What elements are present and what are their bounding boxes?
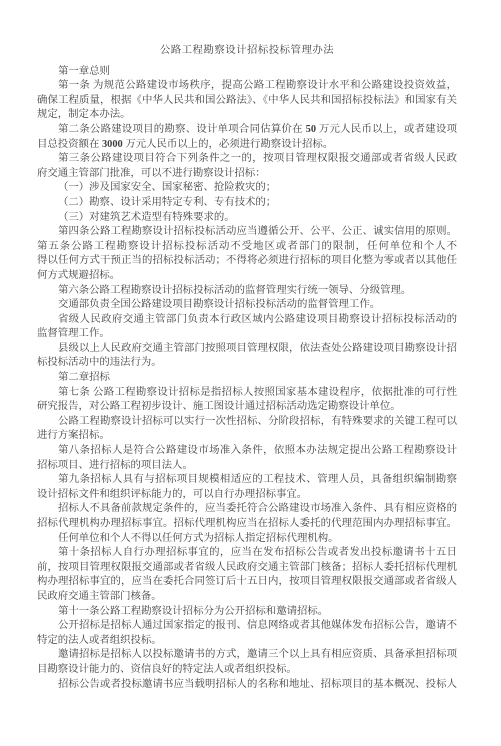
document-line-text: 万元人民币以上的，必须进行勘察设计招标。 [123,139,333,150]
document-line: 第六条公路工程勘察设计招标投标活动的监督管理实行统一领导、分级管理。 [37,284,457,299]
document-line: 构办理招标事宜的，应当在委托合同签订后十五日内，按项目管理权限报交通部或者省级人 [37,575,457,590]
document-line: 特定的法人或者组织投标。 [37,634,457,649]
document-line: 第十一条公路工程勘察设计招标分为公开招标和邀请招标。 [37,605,457,620]
document-line-text: 第五条公路工程勘察设计招标投标活动不受地区或者部门的限制，任何单位和个人不 [37,241,457,252]
document-line-text: 何方式规避招标。 [37,270,120,281]
document-line-text: 前，按项目管理权限报交通部或者省级人民政府交通主管部门核备；招标人委托招标代理机 [37,562,457,573]
document-line-text: 目勘察设计能力的、资信良好的特定法人或者组织投标。 [37,664,297,675]
document-line: 第十条招标人自行办理招标事宜的，应当在发布招标公告或者发出投标邀请书十五日 [37,546,457,561]
document-line: 进行方案招标。 [37,429,457,444]
document-line: 第八条招标人是符合公路建设市场准入条件，依照本办法规定提出公路工程勘察设计 [37,444,457,459]
document-line: （二）勘察、设计采用特定专利、专有技术的； [37,196,457,211]
document-line-text: 确保工程质量，根据《中华人民共和国公路法》、《中华人民共和国招标投标法》和国家有… [37,95,457,106]
document-line: 标投标活动中的违法行为。 [37,356,457,371]
document-body: 第一章总则第一条 为规范公路建设市场秩序，提高公路工程勘察设计水平和公路建设投资… [37,65,457,693]
document-line-text: 邀请招标是招标人以投标邀请书的方式，邀请三个以上具有相应资质、具备承担招标项 [58,649,457,660]
document-line-text: 招标项目、进行招标的项目法人。 [37,460,193,471]
document-line: 交通部负责全国公路建设项目勘察设计招标投标活动的监督管理工作。 [37,298,457,313]
document-line-text: 研究报告，对公路工程初步设计、施工图设计通过招标活动选定勘察设计单位。 [37,401,401,412]
document-line-text: （二）勘察、设计采用特定专利、专有技术的； [58,197,276,208]
document-line-text: 第十条招标人自行办理招标事宜的，应当在发布招标公告或者发出投标邀请书十五日 [58,547,457,558]
document-line-text: （三）对建筑艺术造型有特殊要求的。 [58,212,235,223]
document-line: 府交通主管部门批准，可以不进行勘察设计招标： [37,167,457,182]
document-line: （一）涉及国家安全、国家秘密、抢险救灾的； [37,181,457,196]
document-line-text: 第七条 公路工程勘察设计招标是指招标人按照国家基本建设程序，依据批准的可行性 [58,387,457,398]
document-line: 公路工程勘察设计招标可以实行一次性招标、分阶段招标，有特殊要求的关键工程可以 [37,415,457,430]
document-line-text: 得以任何方式干预正当的招标投标活动；不得将必须进行招标的项目化整为零或者以其他任 [37,255,457,266]
document-line-text: 第二条公路建设项目的勘察、设计单项合同估算价在 [58,124,306,135]
document-line-text: 招标人不具备前款规定条件的，应当委托符合公路建设市场准入条件、具有相应资格的 [58,503,457,514]
document-line-text: 第十一条公路工程勘察设计招标分为公开招标和邀请招标。 [58,606,328,617]
document-line: 招标人不具备前款规定条件的，应当委托符合公路建设市场准入条件、具有相应资格的 [37,502,457,517]
document-line-text: 构办理招标事宜的，应当在委托合同签订后十五日内，按项目管理权限报交通部或者省级人 [37,576,457,587]
document-line: 招标公告或者投标邀请书应当载明招标人的名称和地址、招标项目的基本概况、投标人 [37,678,457,693]
document-line: 公开招标是招标人通过国家指定的报刊、信息网络或者其他媒体发布招标公告，邀请不 [37,619,457,634]
document-line-text: 民政府交通主管部门核备。 [37,591,162,602]
document-line: 监督管理工作。 [37,327,457,342]
document-line: 民政府交通主管部门核备。 [37,590,457,605]
document-line-text: 县级以上人民政府交通主管部门按照项目管理权限，依法查处公路建设项目勘察设计招 [58,343,457,354]
document-line: 省级人民政府交通主管部门负责本行政区域内公路建设项目勘察设计招标投标活动的 [37,313,457,328]
document-line-text: 目总投资额在 [37,139,102,150]
document-title: 公路工程勘察设计招标投标管理办法 [37,44,457,59]
document-line: 第九条招标人具有与招标项目规模相适应的工程技术、管理人员，具备组织编制勘察 [37,473,457,488]
document-line-text: 第四条公路工程勘察设计招标投标活动应当遵循公开、公平、公正、诚实信用的原则。 [58,226,457,237]
document-line: 招标代理机构办理招标事宜。招标代理机构应当在招标人委托的代理范围内办理招标事宜。 [37,517,457,532]
document-line: 确保工程质量，根据《中华人民共和国公路法》、《中华人民共和国招标投标法》和国家有… [37,94,457,109]
document-line-bold-number: 50 [306,124,316,135]
document-line: 招标项目、进行招标的项目法人。 [37,459,457,474]
document-line-text: 第一条 为规范公路建设市场秩序，提高公路工程勘察设计水平和公路建设投资效益， [58,80,457,91]
document-line-text: 交通部负责全国公路建设项目勘察设计招标投标活动的监督管理工作。 [58,299,380,310]
document-line-text: 公开招标是招标人通过国家指定的报刊、信息网络或者其他媒体发布招标公告，邀请不 [58,620,457,631]
document-line: 第二条公路建设项目的勘察、设计单项合同估算价在 50 万元人民币以上，或者建设项 [37,123,457,138]
document-line-bold-number: 3000 [102,139,123,150]
document-line-text: 万元人民币以上，或者建设项 [316,124,457,135]
document-line: 目总投资额在 3000 万元人民币以上的，必须进行勘察设计招标。 [37,138,457,153]
document-line-text: 公路工程勘察设计招标可以实行一次性招标、分阶段招标，有特殊要求的关键工程可以 [58,416,457,427]
document-line: 任何单位和个人不得以任何方式为招标人指定招标代理机构。 [37,532,457,547]
document-line: 研究报告，对公路工程初步设计、施工图设计通过招标活动选定勘察设计单位。 [37,400,457,415]
document-line: 第五条公路工程勘察设计招标投标活动不受地区或者部门的限制，任何单位和个人不 [37,240,457,255]
document-line-text: 第三条公路建设项目符合下列条件之一的，按项目管理权限报交通部或者省级人民政 [58,153,457,164]
document-line: 设计招标文件和组织评标能力的，可以自行办理招标事宜。 [37,488,457,503]
document-line-text: 进行方案招标。 [37,430,110,441]
document-content: 公路工程勘察设计招标投标管理办法 第一章总则第一条 为规范公路建设市场秩序，提高… [37,44,457,692]
document-line: 第一章总则 [37,65,457,80]
document-line-text: 规定，制定本办法。 [37,109,131,120]
document-line: （三）对建筑艺术造型有特殊要求的。 [37,211,457,226]
document-line: 第一条 为规范公路建设市场秩序，提高公路工程勘察设计水平和公路建设投资效益， [37,79,457,94]
document-line: 第四条公路工程勘察设计招标投标活动应当遵循公开、公平、公正、诚实信用的原则。 [37,225,457,240]
document-line-text: 监督管理工作。 [37,328,110,339]
document-line: 何方式规避招标。 [37,269,457,284]
document-line-text: 第六条公路工程勘察设计招标投标活动的监督管理实行统一领导、分级管理。 [58,285,411,296]
document-line-text: 招标代理机构办理招标事宜。招标代理机构应当在招标人委托的代理范围内办理招标事宜。 [37,518,457,529]
document-line-text: （一）涉及国家安全、国家秘密、抢险救灾的； [58,182,276,193]
document-line-text: 第二章招标 [58,372,110,383]
document-line-text: 设计招标文件和组织评标能力的，可以自行办理招标事宜。 [37,489,307,500]
document-line-text: 招标公告或者投标邀请书应当载明招标人的名称和地址、招标项目的基本概况、投标人 [58,679,457,690]
document-line-text: 省级人民政府交通主管部门负责本行政区域内公路建设项目勘察设计招标投标活动的 [58,314,457,325]
document-line-text: 任何单位和个人不得以任何方式为招标人指定招标代理机构。 [58,533,339,544]
document-line-text: 第九条招标人具有与招标项目规模相适应的工程技术、管理人员，具备组织编制勘察 [58,474,457,485]
document-line: 县级以上人民政府交通主管部门按照项目管理权限，依法查处公路建设项目勘察设计招 [37,342,457,357]
document-page: 公路工程勘察设计招标投标管理办法 第一章总则第一条 为规范公路建设市场秩序，提高… [0,0,501,746]
document-line: 第三条公路建设项目符合下列条件之一的，按项目管理权限报交通部或者省级人民政 [37,152,457,167]
document-line: 第七条 公路工程勘察设计招标是指招标人按照国家基本建设程序，依据批准的可行性 [37,386,457,401]
document-line-text: 府交通主管部门批准，可以不进行勘察设计招标： [37,168,266,179]
document-line-text: 第一章总则 [58,66,110,77]
document-line: 前，按项目管理权限报交通部或者省级人民政府交通主管部门核备；招标人委托招标代理机 [37,561,457,576]
document-line: 得以任何方式干预正当的招标投标活动；不得将必须进行招标的项目化整为零或者以其他任 [37,254,457,269]
document-line-text: 标投标活动中的违法行为。 [37,357,162,368]
document-line: 第二章招标 [37,371,457,386]
document-line: 规定，制定本办法。 [37,108,457,123]
document-line-text: 特定的法人或者组织投标。 [37,635,162,646]
document-line: 邀请招标是招标人以投标邀请书的方式，邀请三个以上具有相应资质、具备承担招标项 [37,648,457,663]
document-line-text: 第八条招标人是符合公路建设市场准入条件，依照本办法规定提出公路工程勘察设计 [58,445,457,456]
document-line: 目勘察设计能力的、资信良好的特定法人或者组织投标。 [37,663,457,678]
